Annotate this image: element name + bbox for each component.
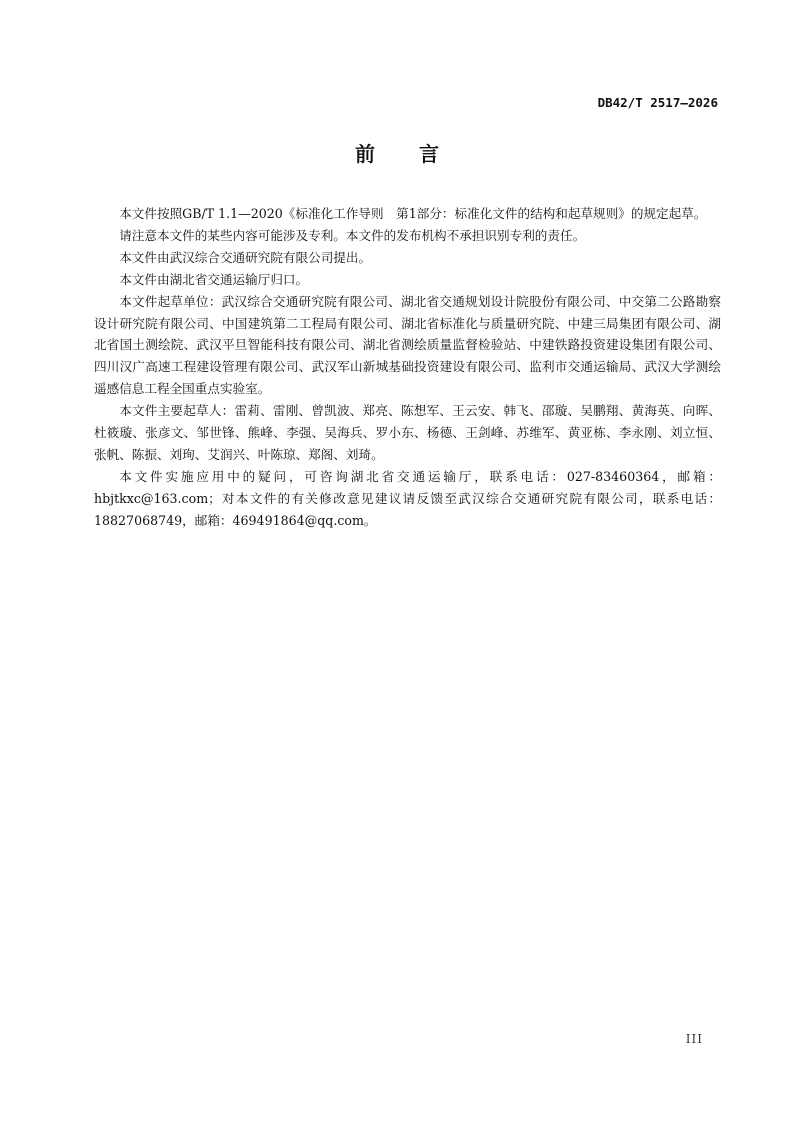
foreword-body: 本文件按照GB/T 1.1—2020《标准化工作导则 第1部分：标准化文件的结构…	[94, 203, 721, 532]
page-number: III	[686, 1032, 703, 1046]
paragraph-administrator: 本文件由湖北省交通运输厅归口。	[94, 269, 721, 291]
paragraph-drafters: 本文件主要起草人：雷莉、雷刚、曾凯波、郑亮、陈想军、王云安、韩飞、邵璇、吴鹏翔、…	[94, 400, 721, 466]
page-title: 前言	[0, 138, 794, 167]
title-char-1: 前	[355, 138, 375, 167]
paragraph-drafting-units: 本文件起草单位：武汉综合交通研究院有限公司、湖北省交通规划设计院股份有限公司、中…	[94, 291, 721, 401]
paragraph-patent-notice: 请注意本文件的某些内容可能涉及专利。本文件的发布机构不承担识别专利的责任。	[94, 225, 721, 247]
paragraph-contact: 本文件实施应用中的疑问，可咨询湖北省交通运输厅，联系电话：027-8346036…	[94, 466, 721, 532]
document-code: DB42/T 2517—2026	[598, 95, 718, 110]
title-char-2: 言	[419, 138, 439, 167]
paragraph-proposer: 本文件由武汉综合交通研究院有限公司提出。	[94, 247, 721, 269]
paragraph-drafting-rules: 本文件按照GB/T 1.1—2020《标准化工作导则 第1部分：标准化文件的结构…	[94, 203, 721, 225]
